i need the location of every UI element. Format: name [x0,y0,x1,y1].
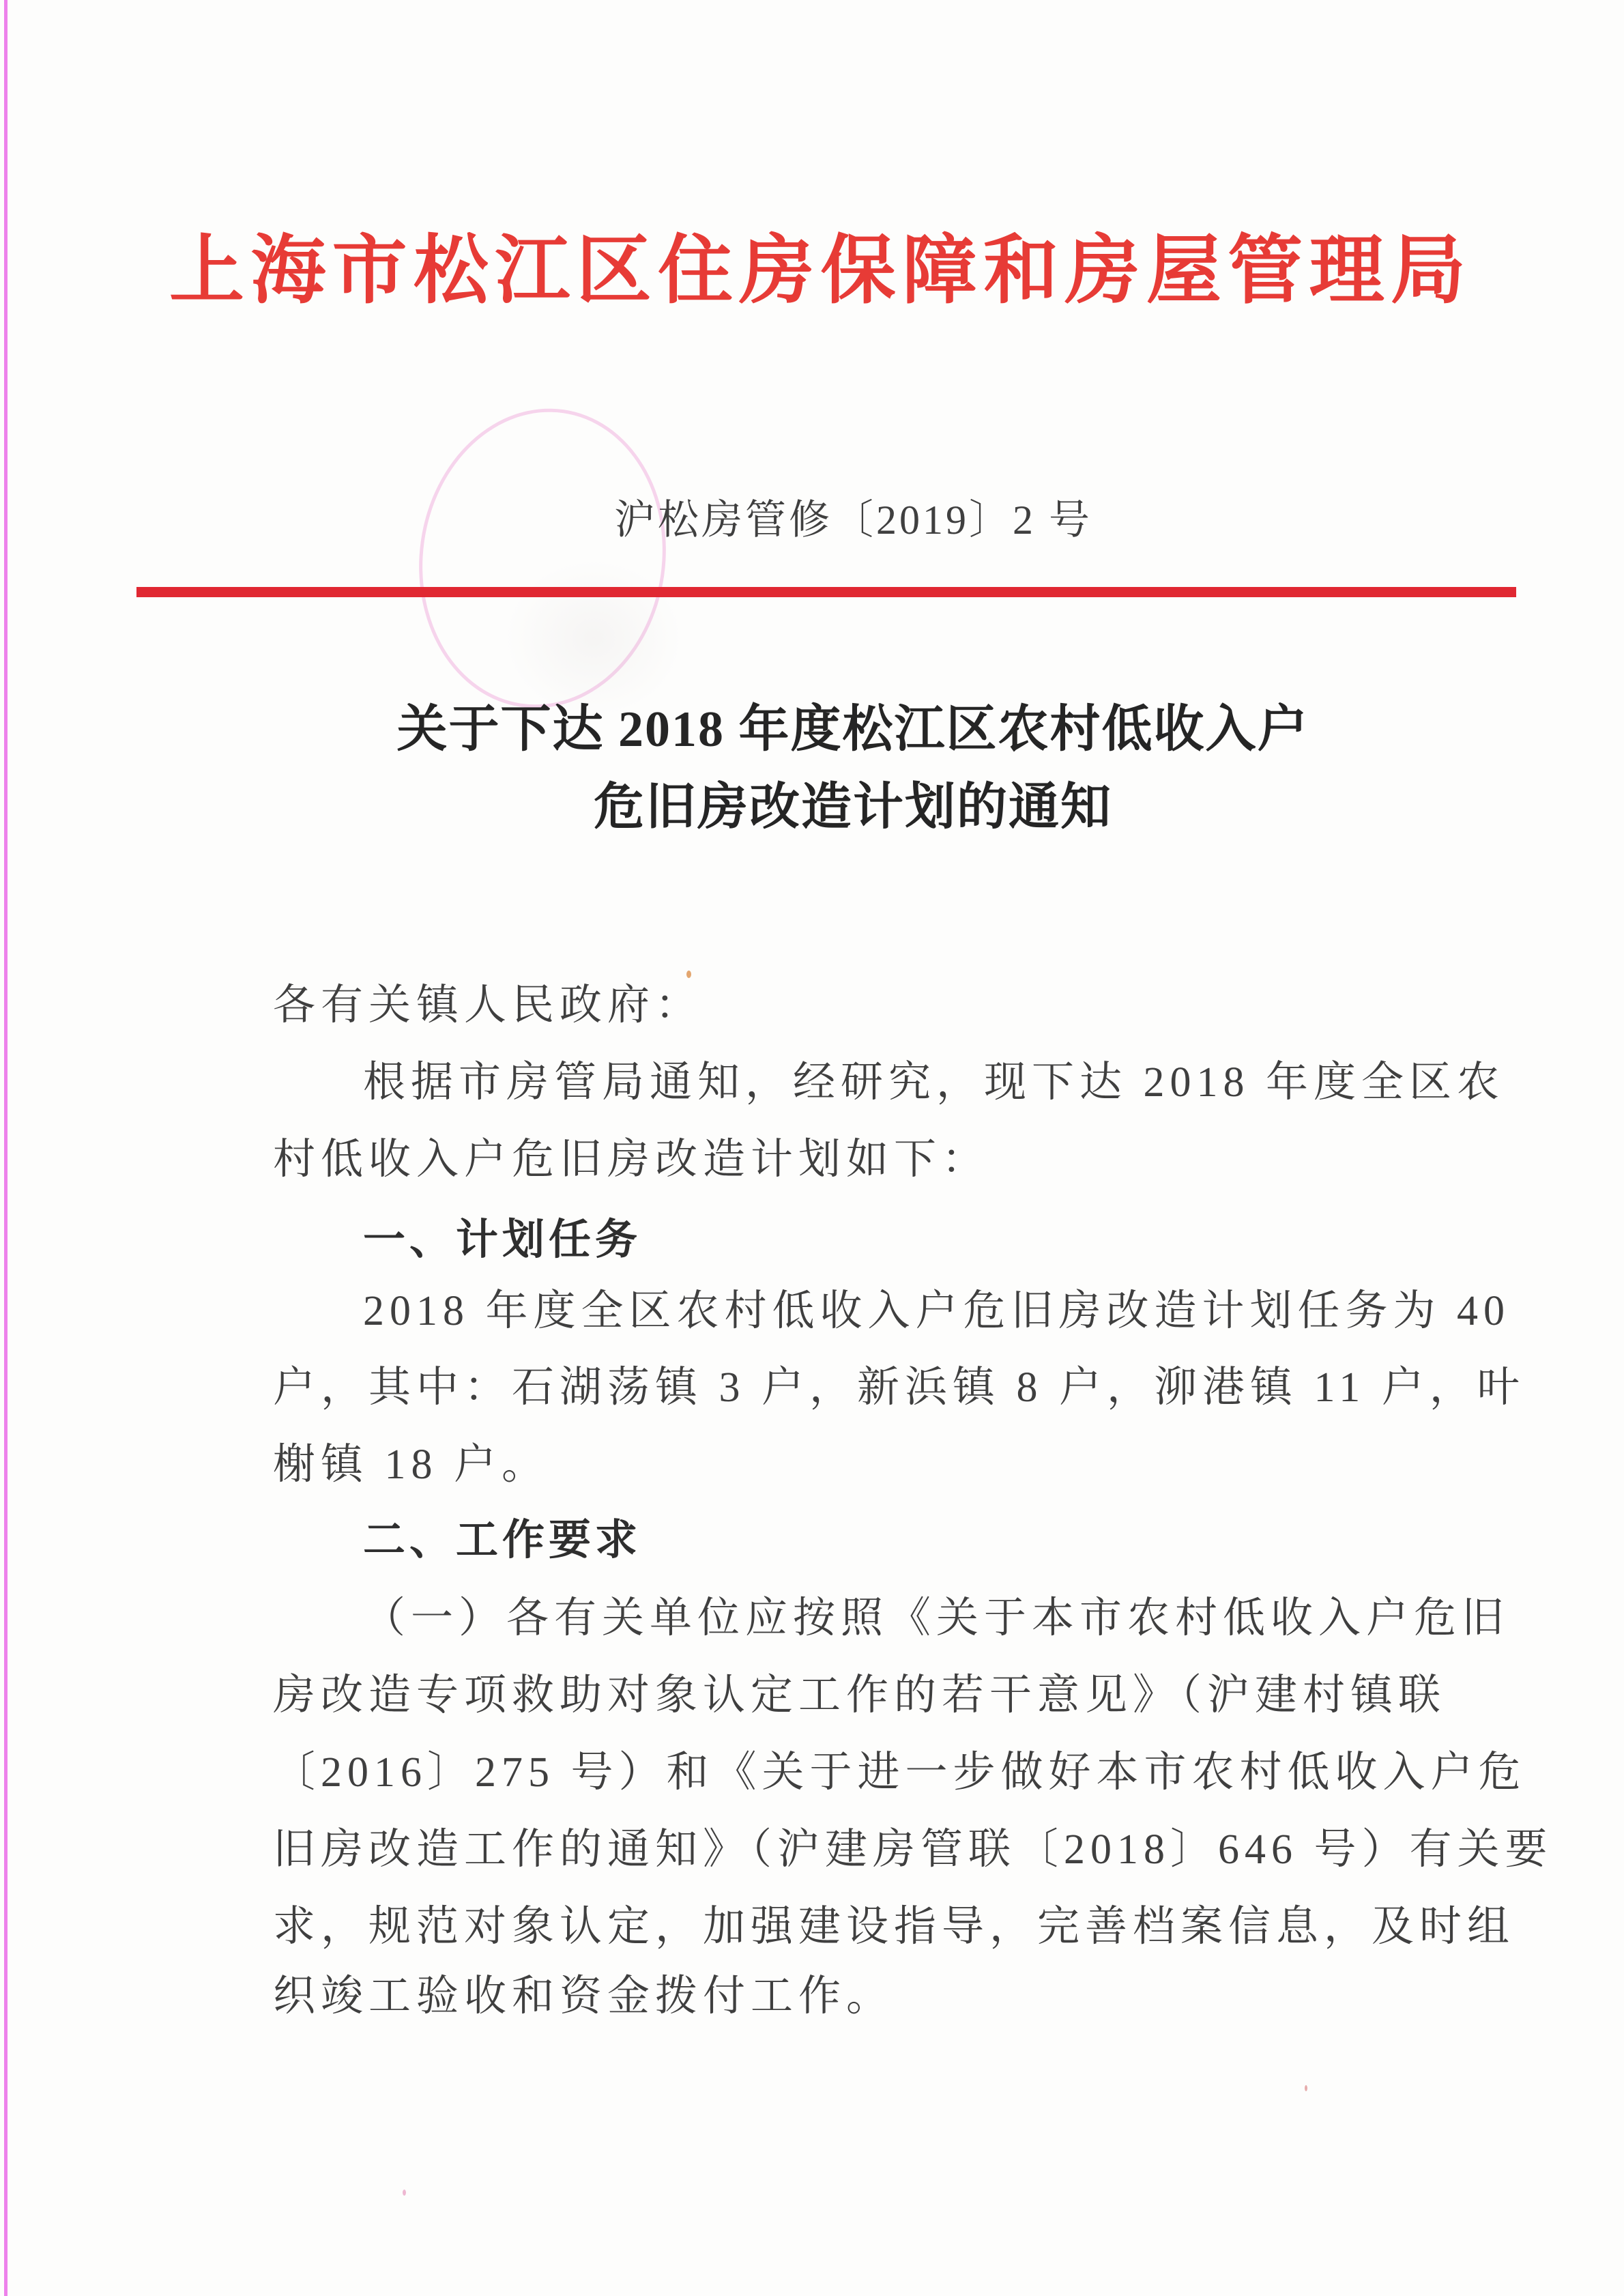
body-line: 求，规范对象认定，加强建设指导，完善档案信息，及时组 [273,1906,1515,1948]
agency-name-char: 障 [902,217,977,326]
agency-name-char: 海 [250,217,325,326]
body-line: 旧房改造工作的通知》（沪建房管联〔2018〕646 号）有关要 [273,1828,1553,1871]
body-line: 〔2016〕275 号）和《关于进一步做好本市农村低收入户危 [273,1751,1526,1794]
body-line-salutation: 各有关镇人民政府： [273,984,703,1027]
agency-name-header: 上海市松江区住房保障和房屋管理局 [169,217,1466,326]
document-number: 沪松房管修〔2019〕2 号 [614,496,1092,545]
agency-name-char: 管 [1228,217,1303,326]
agency-name-char: 屋 [1146,217,1221,326]
document-page: 上海市松江区住房保障和房屋管理局 沪松房管修〔2019〕2 号 关于下达 201… [0,0,1624,2296]
agency-name-char: 房 [1065,217,1140,326]
scan-speck [686,971,691,978]
body-line: 织竣工验收和资金拨付工作。 [273,1975,894,2018]
agency-name-char: 和 [983,217,1058,326]
agency-name-char: 松 [414,217,489,326]
agency-name-char: 市 [332,217,407,326]
document-title: 关于下达 2018 年度松江区农村低收入户 危旧房改造计划的通知 [89,691,1617,846]
agency-name-char: 局 [1391,217,1466,326]
title-line-2: 危旧房改造计划的通知 [89,769,1617,846]
body-line: （一）各有关单位应按照《关于本市农村低收入户危旧 [363,1597,1509,1639]
agency-name-char: 理 [1309,217,1384,326]
section-heading-2: 二、工作要求 [363,1519,641,1562]
agency-name-char: 住 [658,217,733,326]
agency-name-char: 保 [821,217,896,326]
body-line: 户，其中：石湖荡镇 3 户，新浜镇 8 户，泖港镇 11 户，叶 [273,1366,1525,1409]
body-line: 房改造专项救助对象认定工作的若干意见》（沪建村镇联 [273,1674,1446,1717]
agency-name-char: 江 [495,217,570,326]
body-line: 村低收入户危旧房改造计划如下： [273,1138,989,1181]
body-line: 2018 年度全区农村低收入户危旧房改造计划任务为 40 [363,1290,1510,1332]
agency-name-char: 房 [739,217,814,326]
body-line: 榭镇 18 户。 [273,1444,549,1486]
body-line: 根据市房管局通知，经研究，现下达 2018 年度全区农 [363,1061,1505,1104]
section-heading-1: 一、计划任务 [363,1219,641,1261]
title-line-1: 关于下达 2018 年度松江区农村低收入户 [89,691,1617,769]
red-divider-line [136,587,1516,597]
scan-edge-artifact [4,0,8,2296]
agency-name-char: 区 [577,217,652,326]
agency-name-char: 上 [169,217,244,326]
scan-speck [403,2190,406,2196]
scan-speck [1305,2085,1307,2091]
